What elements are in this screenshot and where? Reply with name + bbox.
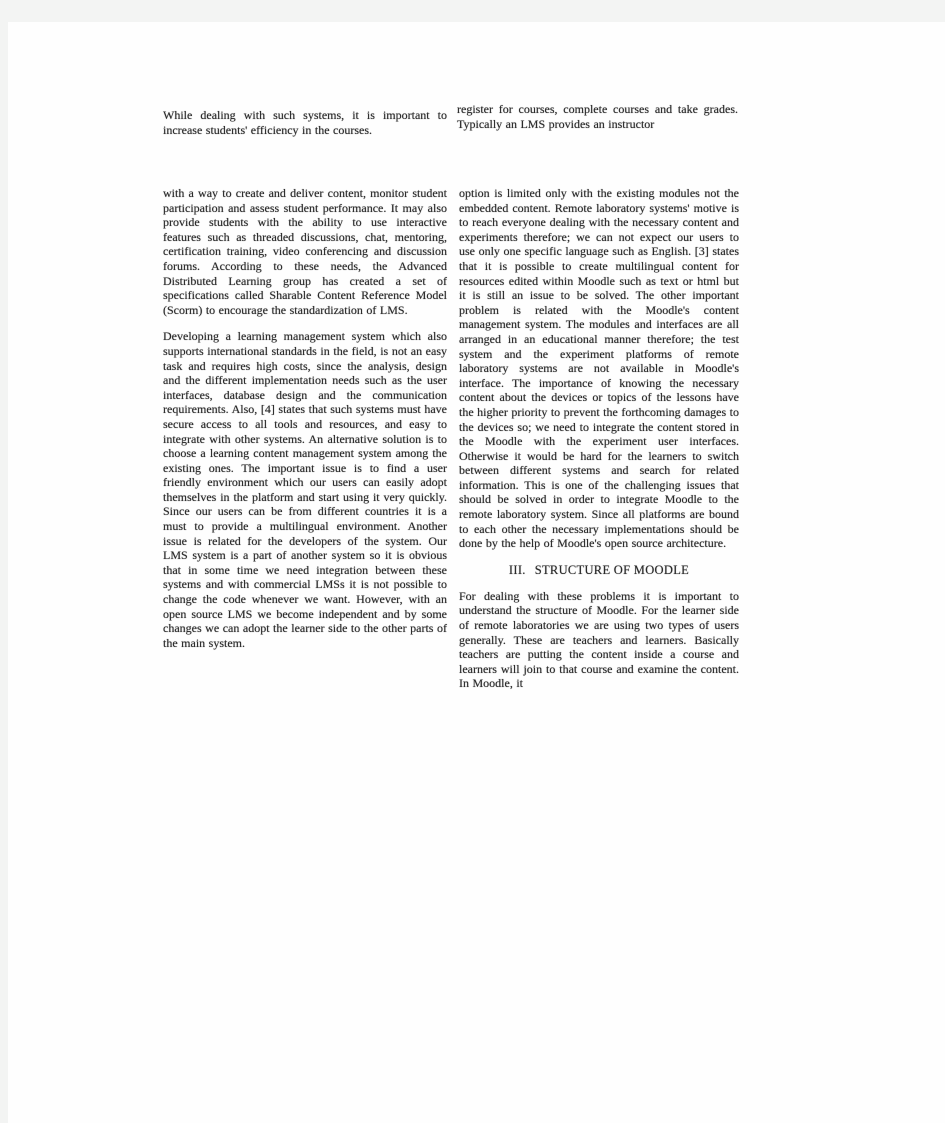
right-column-paragraph-1: option is limited only with the existing…: [459, 186, 739, 551]
two-column-body: with a way to create and deliver content…: [163, 186, 739, 703]
document-page: While dealing with such systems, it is i…: [8, 22, 945, 1123]
right-column-paragraph-2: For dealing with these problems it is im…: [459, 589, 739, 691]
section-heading-structure-of-moodle: III.STRUCTURE OF MOODLE: [459, 563, 739, 578]
intro-right-paragraph: register for courses, complete courses a…: [457, 102, 738, 131]
section-heading-number: III.: [509, 563, 526, 577]
left-column: with a way to create and deliver content…: [163, 186, 447, 703]
intro-left-paragraph: While dealing with such systems, it is i…: [163, 108, 447, 137]
left-column-paragraph-2: Developing a learning management system …: [163, 329, 447, 650]
right-column: option is limited only with the existing…: [459, 186, 739, 703]
left-column-paragraph-1: with a way to create and deliver content…: [163, 186, 447, 317]
section-heading-text: STRUCTURE OF MOODLE: [535, 563, 689, 577]
scanned-paper-viewer: { "colors": { "background": "#f3f4f3", "…: [0, 0, 945, 1123]
